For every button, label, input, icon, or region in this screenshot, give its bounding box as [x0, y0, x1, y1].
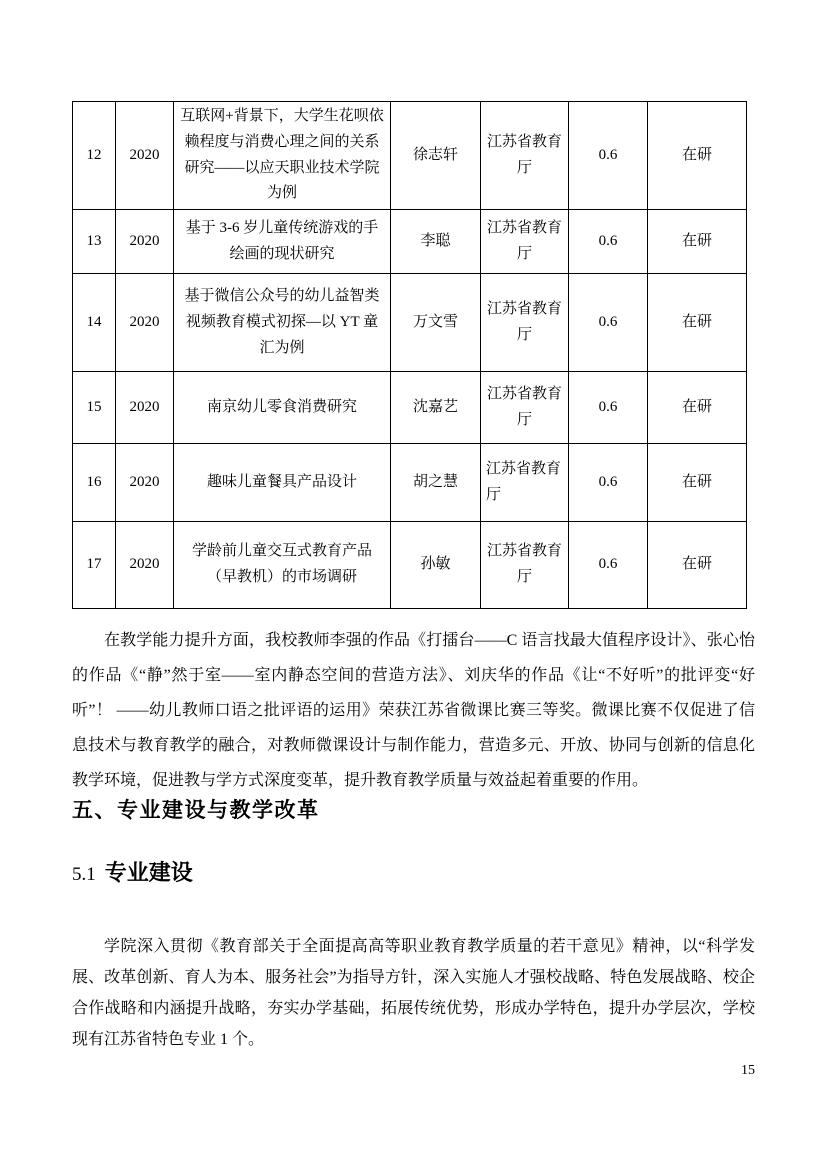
cell-year: 2020: [116, 372, 174, 444]
cell-amount: 0.6: [569, 210, 648, 274]
section-heading-major-construction: 五、专业建设与教学改革: [72, 794, 320, 824]
cell-title: 互联网+背景下，大学生花呗依赖程度与消费心理之间的关系研究——以应天职业技术学院…: [174, 102, 391, 210]
subsection-heading: 5.1 专业建设: [72, 856, 193, 887]
cell-no: 12: [73, 102, 116, 210]
cell-person: 万文雪: [391, 274, 481, 372]
cell-org: 江苏省教育厅: [481, 372, 569, 444]
cell-status: 在研: [648, 210, 747, 274]
cell-person: 李聪: [391, 210, 481, 274]
cell-title: 南京幼儿零食消费研究: [174, 372, 391, 444]
cell-amount: 0.6: [569, 444, 648, 522]
cell-org: 江苏省教育厅: [481, 444, 569, 522]
cell-year: 2020: [116, 210, 174, 274]
cell-year: 2020: [116, 522, 174, 609]
cell-title: 趣味儿童餐具产品设计: [174, 444, 391, 522]
cell-status: 在研: [648, 444, 747, 522]
cell-amount: 0.6: [569, 522, 648, 609]
subsection-title: 专业建设: [105, 856, 193, 887]
page-number: 15: [741, 1063, 755, 1079]
cell-org: 江苏省教育厅: [481, 274, 569, 372]
cell-no: 16: [73, 444, 116, 522]
document-page: 12 2020 互联网+背景下，大学生花呗依赖程度与消费心理之间的关系研究——以…: [0, 0, 827, 1170]
cell-org: 江苏省教育厅: [481, 102, 569, 210]
table-row: 12 2020 互联网+背景下，大学生花呗依赖程度与消费心理之间的关系研究——以…: [73, 102, 747, 210]
cell-status: 在研: [648, 372, 747, 444]
projects-table: 12 2020 互联网+背景下，大学生花呗依赖程度与消费心理之间的关系研究——以…: [72, 101, 747, 609]
subsection-number: 5.1: [72, 864, 96, 886]
cell-status: 在研: [648, 522, 747, 609]
cell-status: 在研: [648, 274, 747, 372]
paragraph-major-construction: 学院深入贯彻《教育部关于全面提高高等职业教育教学质量的若干意见》精神，以“科学发…: [72, 931, 755, 1055]
table-row: 15 2020 南京幼儿零食消费研究 沈嘉艺 江苏省教育厅 0.6 在研: [73, 372, 747, 444]
cell-person: 沈嘉艺: [391, 372, 481, 444]
cell-org: 江苏省教育厅: [481, 210, 569, 274]
cell-no: 17: [73, 522, 116, 609]
cell-no: 15: [73, 372, 116, 444]
cell-year: 2020: [116, 444, 174, 522]
cell-person: 孙敏: [391, 522, 481, 609]
cell-person: 胡之慧: [391, 444, 481, 522]
cell-amount: 0.6: [569, 102, 648, 210]
table-row: 13 2020 基于 3-6 岁儿童传统游戏的手绘画的现状研究 李聪 江苏省教育…: [73, 210, 747, 274]
cell-year: 2020: [116, 274, 174, 372]
cell-amount: 0.6: [569, 274, 648, 372]
paragraph-teaching-ability: 在教学能力提升方面，我校教师李强的作品《打擂台——C 语言找最大值程序设计》、张…: [72, 623, 755, 798]
table-row: 16 2020 趣味儿童餐具产品设计 胡之慧 江苏省教育厅 0.6 在研: [73, 444, 747, 522]
cell-amount: 0.6: [569, 372, 648, 444]
cell-person: 徐志轩: [391, 102, 481, 210]
cell-title: 学龄前儿童交互式教育产品（早教机）的市场调研: [174, 522, 391, 609]
cell-title: 基于 3-6 岁儿童传统游戏的手绘画的现状研究: [174, 210, 391, 274]
table-row: 14 2020 基于微信公众号的幼儿益智类视频教育模式初探—以 YT 童汇为例 …: [73, 274, 747, 372]
cell-org: 江苏省教育厅: [481, 522, 569, 609]
cell-status: 在研: [648, 102, 747, 210]
cell-title: 基于微信公众号的幼儿益智类视频教育模式初探—以 YT 童汇为例: [174, 274, 391, 372]
cell-year: 2020: [116, 102, 174, 210]
cell-no: 14: [73, 274, 116, 372]
cell-no: 13: [73, 210, 116, 274]
table-row: 17 2020 学龄前儿童交互式教育产品（早教机）的市场调研 孙敏 江苏省教育厅…: [73, 522, 747, 609]
